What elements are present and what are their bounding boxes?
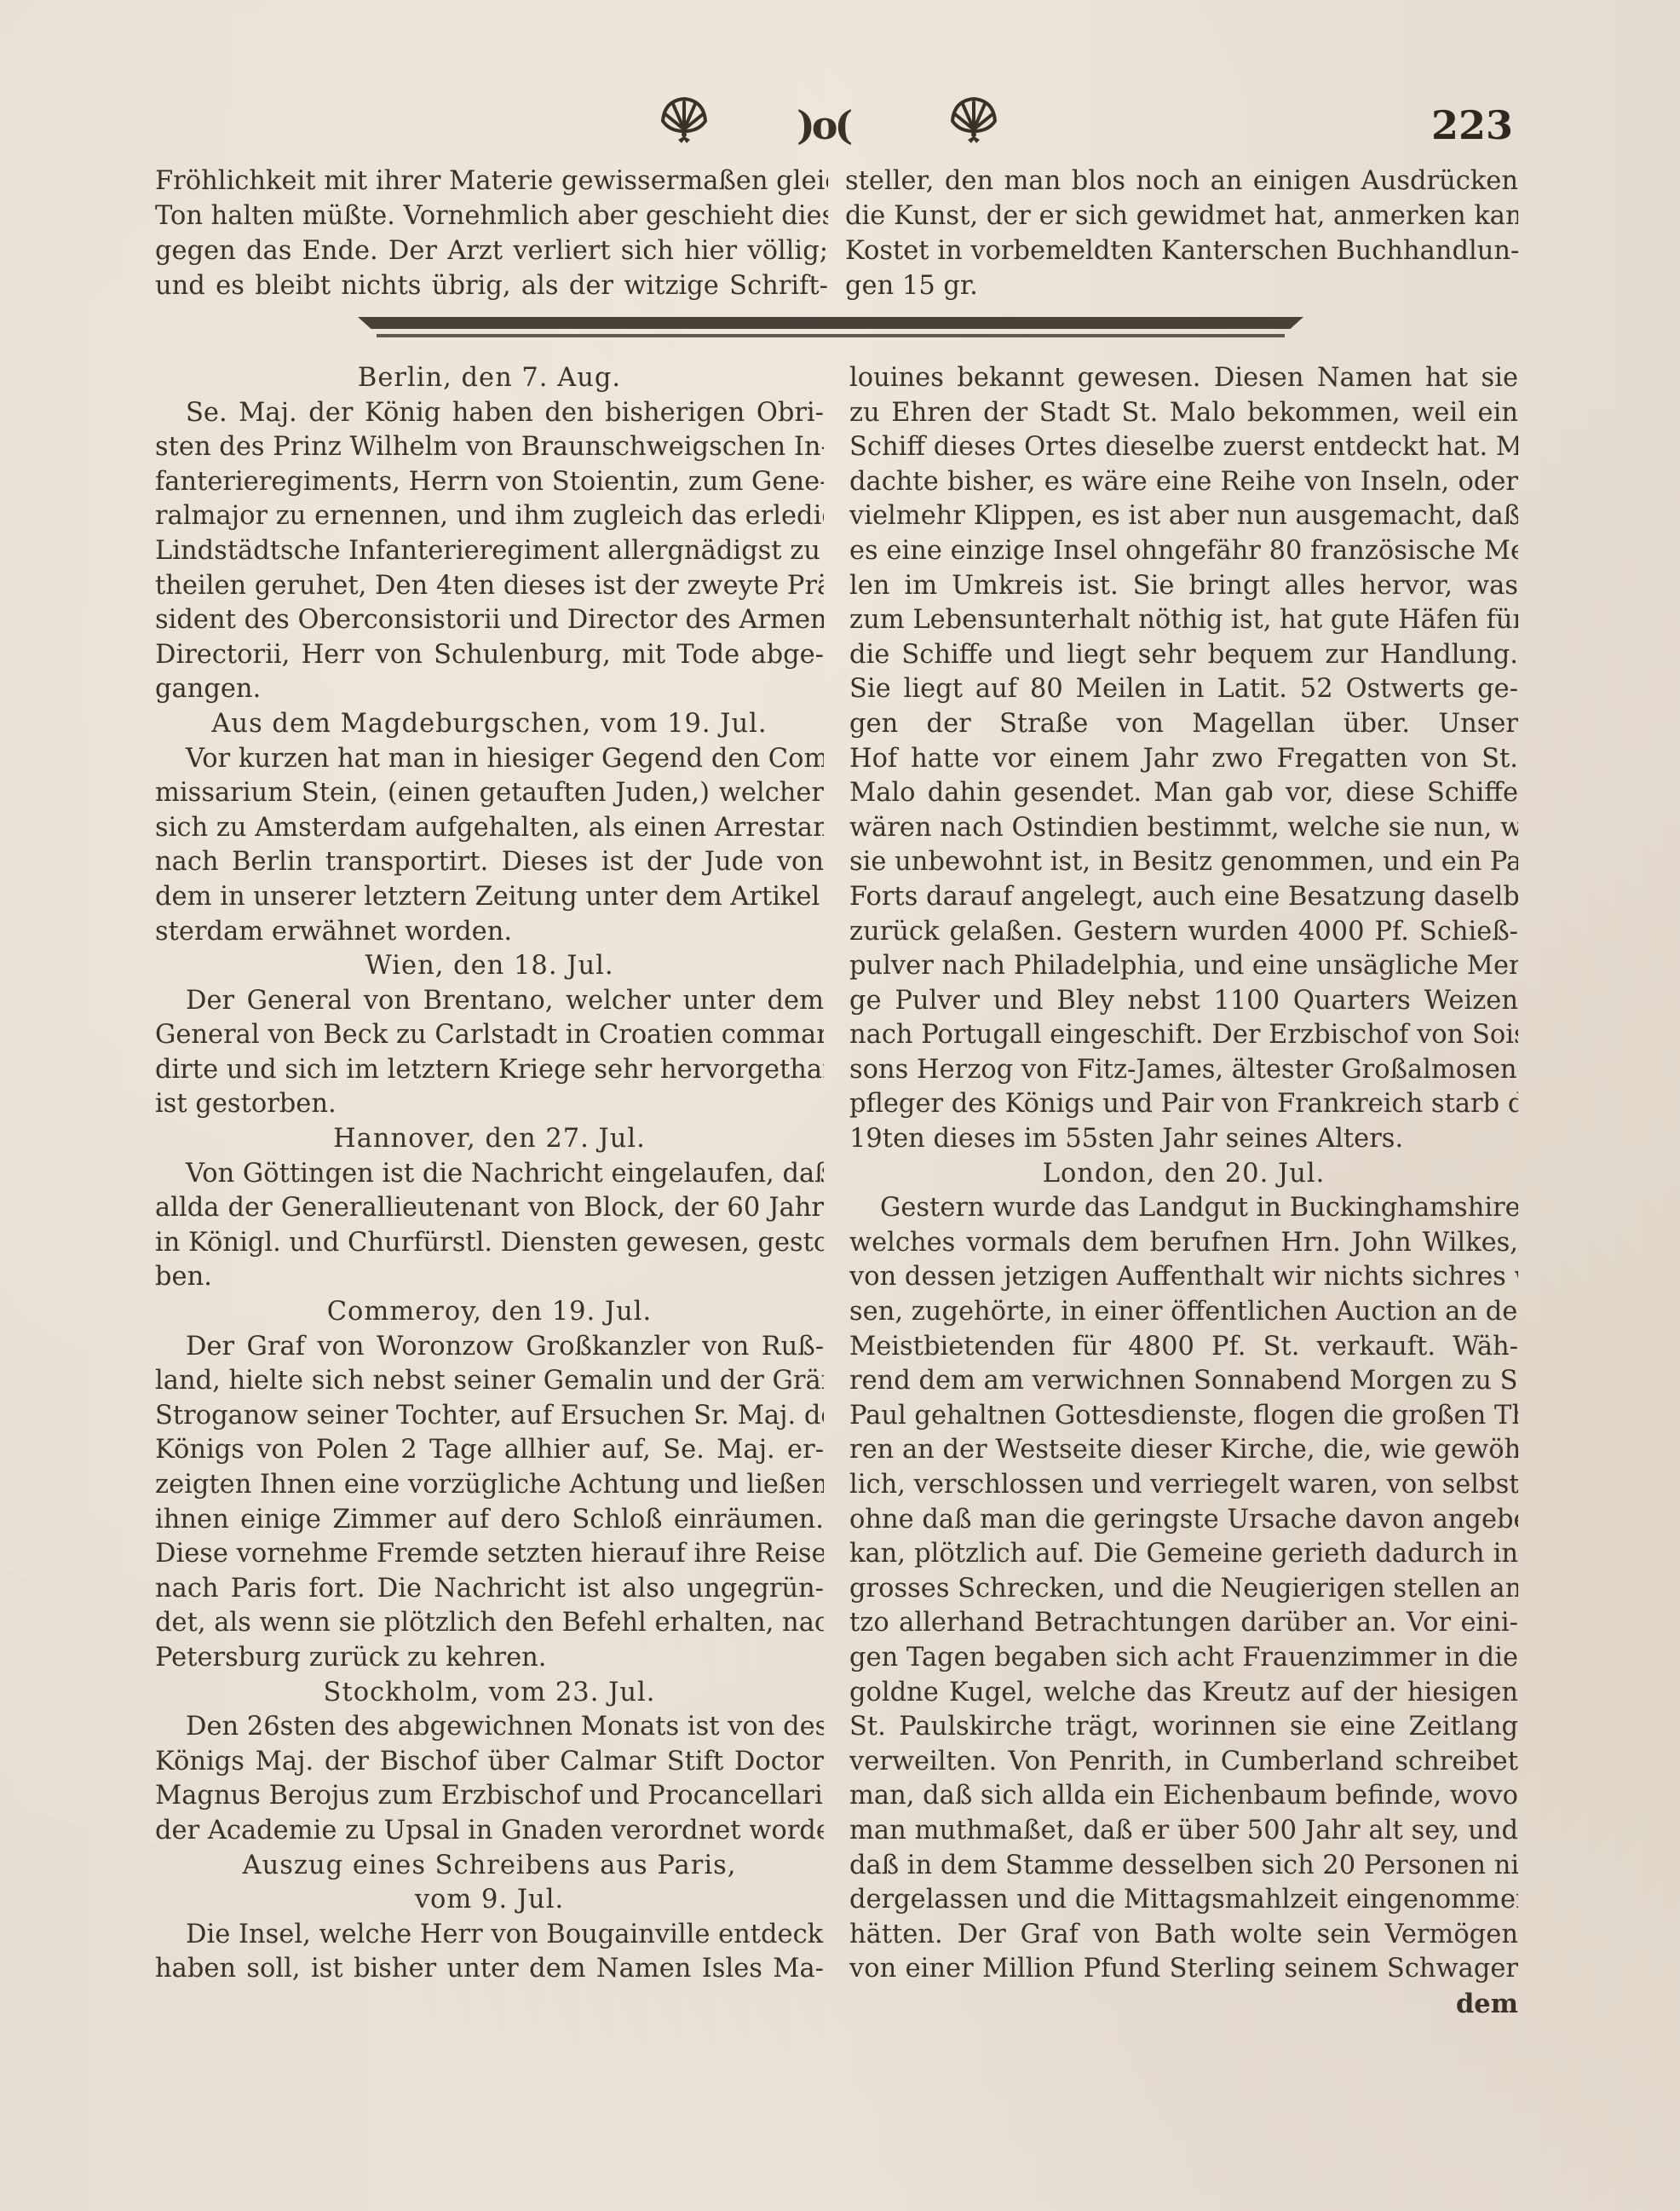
text-line: es eine einzige Insel ohngefähr 80 franz…: [849, 534, 1518, 569]
paragraph-last-line: gangen.: [155, 672, 824, 707]
newspaper-page: )o( 223 Fröhlichkeit mit ihrer: [0, 0, 1680, 2211]
paragraph-first-line: Se. Maj. der König haben den bisherigen …: [155, 396, 824, 431]
news-columns: Berlin, den 7. Aug.Se. Maj. der König ha…: [155, 361, 1518, 2022]
text-line: rend dem am verwichnen Sonnabend Morgen …: [849, 1364, 1518, 1399]
dateline-heading: vom 9. Jul.: [155, 1883, 824, 1918]
divider-thin-rule: [377, 334, 1285, 337]
text-line: gegen das Ende. Der Arzt verliert sich h…: [155, 233, 828, 268]
text-line: vielmehr Klippen, es ist aber nun ausgem…: [849, 499, 1518, 534]
text-line: theilen geruhet, Den 4ten dieses ist der…: [155, 569, 824, 604]
text-line: land, hielte sich nebst seiner Gemalin u…: [155, 1364, 824, 1399]
text-line: gen der Straße von Magellan über. Unser: [849, 707, 1518, 742]
left-news-column: Berlin, den 7. Aug.Se. Maj. der König ha…: [155, 361, 824, 2022]
text-line: Sie liegt auf 80 Meilen in Latit. 52 Ost…: [849, 672, 1518, 707]
text-line: welches vormals dem berufnen Hrn. John W…: [849, 1226, 1518, 1261]
text-line: die Kunst, der er sich gewidmet hat, anm…: [845, 199, 1518, 233]
text-line: kan, plötzlich auf. Die Gemeine gerieth …: [849, 1537, 1518, 1572]
text-line: zeigten Ihnen eine vorzügliche Achtung u…: [155, 1468, 824, 1503]
text-line: len im Umkreis ist. Sie bringt alles her…: [849, 569, 1518, 604]
paragraph-first-line: Von Göttingen ist die Nachricht eingelau…: [155, 1157, 824, 1192]
page-number: 223: [1431, 102, 1513, 148]
paragraph-last-line: Petersburg zurück zu kehren.: [155, 1641, 824, 1676]
text-line: sich zu Amsterdam aufgehalten, als einen…: [155, 811, 824, 846]
paragraph-first-line: Vor kurzen hat man in hiesiger Gegend de…: [155, 742, 824, 777]
shell-ornament-icon: [658, 95, 711, 147]
continuation-block: Fröhlichkeit mit ihrer Materie gewisserm…: [155, 164, 1518, 303]
text-line: Lindstädtsche Infanterieregiment allergn…: [155, 534, 824, 569]
paragraph-last-line: sterdam erwähnet worden.: [155, 915, 824, 950]
text-line: sten des Prinz Wilhelm von Braunschweigs…: [155, 430, 824, 465]
text-line: sen, zugehörte, in einer öffentlichen Au…: [849, 1295, 1518, 1330]
text-line: grosses Schrecken, und die Neugierigen s…: [849, 1572, 1518, 1607]
text-line: zu Ehren der Stadt St. Malo bekommen, we…: [849, 396, 1518, 431]
text-line: det, als wenn sie plötzlich den Befehl e…: [155, 1606, 824, 1641]
text-line: dirte und sich im letztern Kriege sehr h…: [155, 1053, 824, 1088]
text-line: steller, den man blos noch an einigen Au…: [845, 164, 1518, 199]
text-line: sons Herzog von Fitz-James, ältester Gro…: [849, 1053, 1518, 1088]
text-line: lich, verschlossen und verriegelt waren,…: [849, 1468, 1518, 1503]
text-line: die Schiffe und liegt sehr bequem zur Ha…: [849, 638, 1518, 673]
text-line: allda der Generallieutenant von Block, d…: [155, 1191, 824, 1226]
page-header: )o( 223: [0, 95, 1680, 155]
dateline-heading: Stockholm, vom 23. Jul.: [155, 1676, 824, 1711]
text-line: pfleger des Königs und Pair von Frankrei…: [849, 1087, 1518, 1122]
text-line: dachte bisher, es wäre eine Reihe von In…: [849, 465, 1518, 500]
text-line: sident des Oberconsistorii und Director …: [155, 603, 824, 638]
text-line: dem in unserer letztern Zeitung unter de…: [155, 880, 824, 915]
dateline-heading: Commeroy, den 19. Jul.: [155, 1295, 824, 1330]
shell-ornament-icon: [947, 95, 1000, 147]
paragraph-first-line: Der General von Brentano, welcher unter …: [155, 984, 824, 1019]
text-line: von dessen jetzigen Auffenthalt wir nich…: [849, 1260, 1518, 1295]
section-divider: [358, 317, 1303, 343]
text-line: nach Paris fort. Die Nachricht ist also …: [155, 1572, 824, 1607]
dateline-heading: Hannover, den 27. Jul.: [155, 1122, 824, 1157]
text-line: dergelassen und die Mittagsmahlzeit eing…: [849, 1883, 1518, 1918]
center-ornament: )o(: [797, 102, 849, 148]
continuation-right-column: steller, den man blos noch an einigen Au…: [845, 164, 1518, 303]
text-line: daß in dem Stamme desselben sich 20 Pers…: [849, 1849, 1518, 1884]
text-line: goldne Kugel, welche das Kreutz auf der …: [849, 1676, 1518, 1711]
catchword: dem: [849, 1987, 1518, 2022]
text-line: Malo dahin gesendet. Man gab vor, diese …: [849, 776, 1518, 811]
text-line: und es bleibt nichts übrig, als der witz…: [155, 268, 828, 303]
text-line: wären nach Ostindien bestimmt, welche si…: [849, 811, 1518, 846]
text-line: Paul gehaltnen Gottesdienste, flogen die…: [849, 1399, 1518, 1434]
text-line: Kostet in vorbemeldten Kanterschen Buchh…: [845, 233, 1518, 268]
text-line: hätten. Der Graf von Bath wolte sein Ver…: [849, 1918, 1518, 1953]
text-line: gen Tagen begaben sich acht Frauenzimmer…: [849, 1641, 1518, 1676]
text-line: pulver nach Philadelphia, und eine unsäg…: [849, 949, 1518, 984]
dateline-heading: Berlin, den 7. Aug.: [155, 361, 824, 396]
text-line: Forts darauf angelegt, auch eine Besatzu…: [849, 880, 1518, 915]
text-line: verweilten. Von Penrith, in Cumberland s…: [849, 1745, 1518, 1780]
text-line: in Königl. und Churfürstl. Diensten gewe…: [155, 1226, 824, 1261]
text-line: Königs Maj. der Bischof über Calmar Stif…: [155, 1745, 824, 1780]
text-line: der Academie zu Upsal in Gnaden verordne…: [155, 1814, 824, 1849]
text-line: ralmajor zu ernennen, und ihm zugleich d…: [155, 499, 824, 534]
text-line: Fröhlichkeit mit ihrer Materie gewisserm…: [155, 164, 828, 199]
text-line: Königs von Polen 2 Tage allhier auf, Se.…: [155, 1433, 824, 1468]
text-line: General von Beck zu Carlstadt in Croatie…: [155, 1018, 824, 1053]
text-line: zurück gelaßen. Gestern wurden 4000 Pf. …: [849, 915, 1518, 950]
paragraph-first-line: Gestern wurde das Landgut in Buckinghams…: [849, 1191, 1518, 1226]
text-line: Hof hatte vor einem Jahr zwo Fregatten v…: [849, 742, 1518, 777]
text-line: Meistbietenden für 4800 Pf. St. verkauft…: [849, 1330, 1518, 1365]
continuation-left-column: Fröhlichkeit mit ihrer Materie gewisserm…: [155, 164, 828, 303]
text-line: tzo allerhand Betrachtungen darüber an. …: [849, 1606, 1518, 1641]
divider-thick-rule: [358, 317, 1303, 329]
text-line: von einer Million Pfund Sterling seinem …: [849, 1952, 1518, 1987]
text-line: St. Paulskirche trägt, worinnen sie eine…: [849, 1710, 1518, 1745]
paragraph-first-line: Die Insel, welche Herr von Bougainville …: [155, 1918, 824, 1953]
paragraph-last-line: 19ten dieses im 55sten Jahr seines Alter…: [849, 1122, 1518, 1157]
text-line: haben soll, ist bisher unter dem Namen I…: [155, 1952, 824, 1987]
text-line: ren an der Westseite dieser Kirche, die,…: [849, 1433, 1518, 1468]
text-line: man, daß sich allda ein Eichenbaum befin…: [849, 1779, 1518, 1814]
text-line: nach Berlin transportirt. Dieses ist der…: [155, 845, 824, 880]
text-line: Schiff dieses Ortes dieselbe zuerst entd…: [849, 430, 1518, 465]
right-news-column: louines bekannt gewesen. Diesen Namen ha…: [849, 361, 1518, 2022]
text-line: Stroganow seiner Tochter, auf Ersuchen S…: [155, 1399, 824, 1434]
dateline-heading: Wien, den 18. Jul.: [155, 949, 824, 984]
dateline-heading: Aus dem Magdeburgschen, vom 19. Jul.: [155, 707, 824, 742]
text-line: Magnus Berojus zum Erzbischof und Procan…: [155, 1779, 824, 1814]
text-line: Ton halten müßte. Vornehmlich aber gesch…: [155, 199, 828, 233]
text-line: zum Lebensunterhalt nöthig ist, hat gute…: [849, 603, 1518, 638]
text-line: ge Pulver und Bley nebst 1100 Quarters W…: [849, 984, 1518, 1019]
text-line: nach Portugall eingeschift. Der Erzbisch…: [849, 1018, 1518, 1053]
dateline-heading: London, den 20. Jul.: [849, 1157, 1518, 1192]
text-line: louines bekannt gewesen. Diesen Namen ha…: [849, 361, 1518, 396]
text-line: Directorii, Herr von Schulenburg, mit To…: [155, 638, 824, 673]
text-line: missarium Stein, (einen getauften Juden,…: [155, 776, 824, 811]
paragraph-last-line: ben.: [155, 1260, 824, 1295]
paragraph-first-line: Den 26sten des abgewichnen Monats ist vo…: [155, 1710, 824, 1745]
text-line: sie unbewohnt ist, in Besitz genommen, u…: [849, 845, 1518, 880]
text-line: ihnen einige Zimmer auf dero Schloß einr…: [155, 1503, 824, 1538]
paragraph-last-line: ist gestorben.: [155, 1087, 824, 1122]
text-line: man muthmaßet, daß er über 500 Jahr alt …: [849, 1814, 1518, 1849]
text-line: fanterieregiments, Herrn von Stoientin, …: [155, 465, 824, 500]
dateline-heading: Auszug eines Schreibens aus Paris,: [155, 1849, 824, 1884]
text-line: ohne daß man die geringste Ursache davon…: [849, 1503, 1518, 1538]
text-line: gen 15 gr.: [845, 268, 1518, 303]
paragraph-first-line: Der Graf von Woronzow Großkanzler von Ru…: [155, 1330, 824, 1365]
text-line: Diese vornehme Fremde setzten hierauf ih…: [155, 1537, 824, 1572]
